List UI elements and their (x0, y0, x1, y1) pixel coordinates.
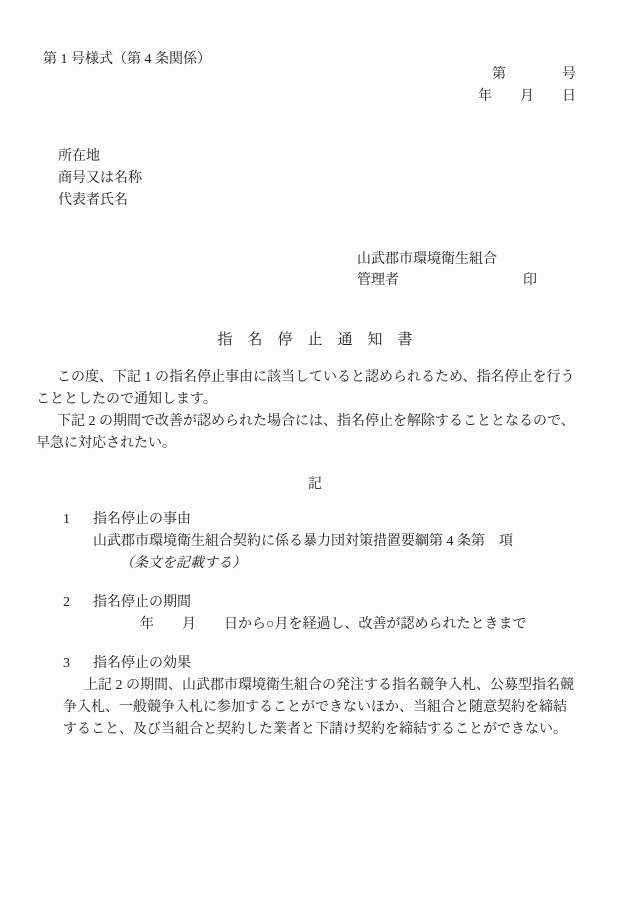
ki-label: 記 (0, 474, 630, 496)
item-3-number: 3 (63, 653, 93, 675)
issuer-role-line: 管理者 印 (357, 270, 537, 292)
issuer-seal-mark: 印 (523, 270, 537, 292)
document-date-line: 年 月 日 (478, 86, 576, 108)
item-1-number: 1 (63, 509, 93, 531)
item-1-heading-row: 1 指名停止の事由 (63, 509, 513, 531)
item-3-paragraph-line: 上記 2 の期間、山武郡市環境衛生組合の発注する指名競争入札、公募型指名競 (63, 675, 594, 697)
recipient-representative-label: 代表者氏名 (58, 190, 142, 212)
item-2-heading: 指名停止の期間 (93, 592, 191, 614)
item-2-detail-line: 年 月 日から○月を経過し、改善が認められたときまで (140, 614, 526, 636)
paragraph-line: こととしたので通知します。 (36, 389, 596, 411)
item-3-paragraph-line: 争入札、一般競争入札に参加することができないほか、当組合と随意契約を締結 (63, 697, 594, 719)
paragraph-line: この度、下記 1 の指名停止事由に該当していると認められるため、指名停止を行う (36, 367, 596, 389)
document-number-line: 第 号 (492, 64, 576, 86)
item-1-suspension-reason: 1 指名停止の事由 山武郡市環境衛生組合契約に係る暴力団対策措置要綱第 4 条第… (63, 509, 513, 575)
recipient-block: 所在地 商号又は名称 代表者氏名 (58, 146, 142, 212)
recipient-company-label: 商号又は名称 (58, 168, 142, 190)
item-1-heading: 指名停止の事由 (93, 509, 191, 531)
issuer-title: 管理者 (357, 270, 399, 292)
item-2-heading-row: 2 指名停止の期間 (63, 592, 526, 614)
item-3-heading-row: 3 指名停止の効果 (63, 653, 594, 675)
recipient-address-label: 所在地 (58, 146, 142, 168)
form-label: 第 1 号様式（第 4 条関係） (43, 49, 211, 71)
document-title: 指名停止通知書 (0, 329, 630, 351)
item-3-suspension-effect: 3 指名停止の効果 上記 2 の期間、山武郡市環境衛生組合の発注する指名競争入札… (63, 653, 594, 741)
item-1-note: （条文を記載する） (120, 553, 513, 575)
item-3-paragraph-line: すること、及び当組合と契約した業者と下請け契約を締結することができない。 (63, 719, 594, 741)
item-3-paragraph: 上記 2 の期間、山武郡市環境衛生組合の発注する指名競争入札、公募型指名競 争入… (63, 675, 594, 741)
item-1-detail-line: 山武郡市環境衛生組合契約に係る暴力団対策措置要綱第 4 条第 項 (93, 531, 513, 553)
body-paragraphs: この度、下記 1 の指名停止事由に該当していると認められるため、指名停止を行う … (36, 367, 596, 455)
item-2-number: 2 (63, 592, 93, 614)
item-2-suspension-period: 2 指名停止の期間 年 月 日から○月を経過し、改善が認められたときまで (63, 592, 526, 636)
paragraph-line: 下記 2 の期間で改善が認められた場合には、指名停止を解除することとなるので、 (36, 411, 596, 433)
issuer-organization: 山武郡市環境衛生組合 (357, 249, 497, 271)
paragraph-line: 早急に対応されたい。 (36, 433, 596, 455)
item-3-heading: 指名停止の効果 (93, 653, 191, 675)
document-page: 第 1 号様式（第 4 条関係） 第 号 年 月 日 所在地 商号又は名称 代表… (0, 0, 630, 903)
